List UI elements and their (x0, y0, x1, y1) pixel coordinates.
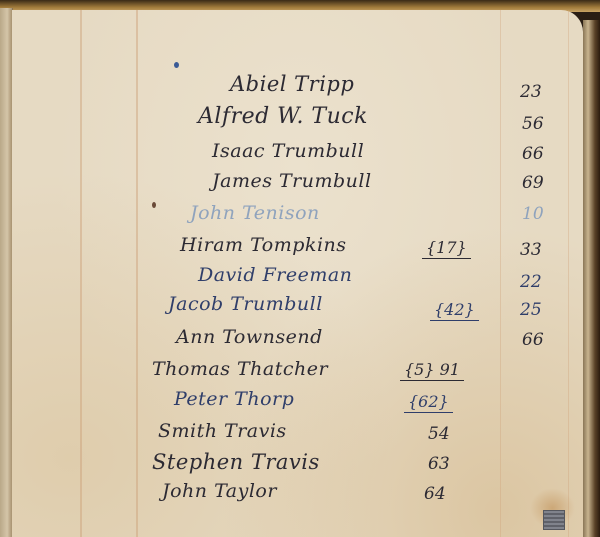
ledger-entry-bracket: {5} 91 (400, 360, 464, 381)
ledger-entry-number: 10 (522, 204, 544, 224)
margin-rule (136, 10, 138, 537)
ledger-entry-number: 54 (428, 424, 450, 444)
ledger-entry-name: Abiel Tripp (230, 72, 354, 96)
ledger-entry-number: 25 (520, 300, 542, 320)
ledger-entry-name: James Trumbull (212, 170, 372, 192)
ledger-entry-name: David Freeman (198, 264, 352, 286)
ledger-entry-number: 23 (520, 82, 542, 102)
ledger-entry-name: Isaac Trumbull (212, 140, 364, 162)
ledger-entry-number: 69 (522, 173, 544, 193)
ink-blot (174, 62, 179, 68)
ledger-entry-name: John Taylor (162, 480, 277, 502)
ledger-entry-name: Alfred W. Tuck (198, 104, 368, 129)
column-rule (568, 10, 569, 537)
ledger-entry-number: 63 (428, 454, 450, 474)
ledger-entry-number: 56 (522, 114, 544, 134)
ledger-entry-name: Thomas Thatcher (152, 358, 328, 380)
ledger-entry-number: 64 (424, 484, 446, 504)
ledger-entry-bracket: {42} (430, 300, 479, 321)
ledger-entry-name: Stephen Travis (152, 450, 320, 474)
column-rule (500, 10, 501, 537)
ledger-entry-name: John Tenison (190, 202, 320, 224)
ledger-entry-name: Smith Travis (158, 420, 287, 442)
ledger-entry-number: 66 (522, 330, 544, 350)
book-binding-right (583, 20, 600, 537)
archive-label-tab (543, 510, 565, 530)
ledger-entry-bracket: {17} (422, 238, 471, 259)
ink-blot (152, 202, 156, 208)
margin-rule (80, 10, 82, 537)
ledger-entry-name: Peter Thorp (174, 388, 294, 410)
ledger-entry-name: Jacob Trumbull (168, 293, 323, 315)
ledger-entry-number: 33 (520, 240, 542, 260)
ledger-entry-number: 22 (520, 272, 542, 292)
ledger-entry-name: Ann Townsend (176, 326, 323, 348)
ledger-page: Abiel Tripp 23 Alfred W. Tuck 56 Isaac T… (12, 10, 583, 537)
ledger-entry-bracket: {62} (404, 392, 453, 413)
ledger-entry-number: 66 (522, 144, 544, 164)
ledger-entry-name: Hiram Tompkins (180, 234, 347, 256)
